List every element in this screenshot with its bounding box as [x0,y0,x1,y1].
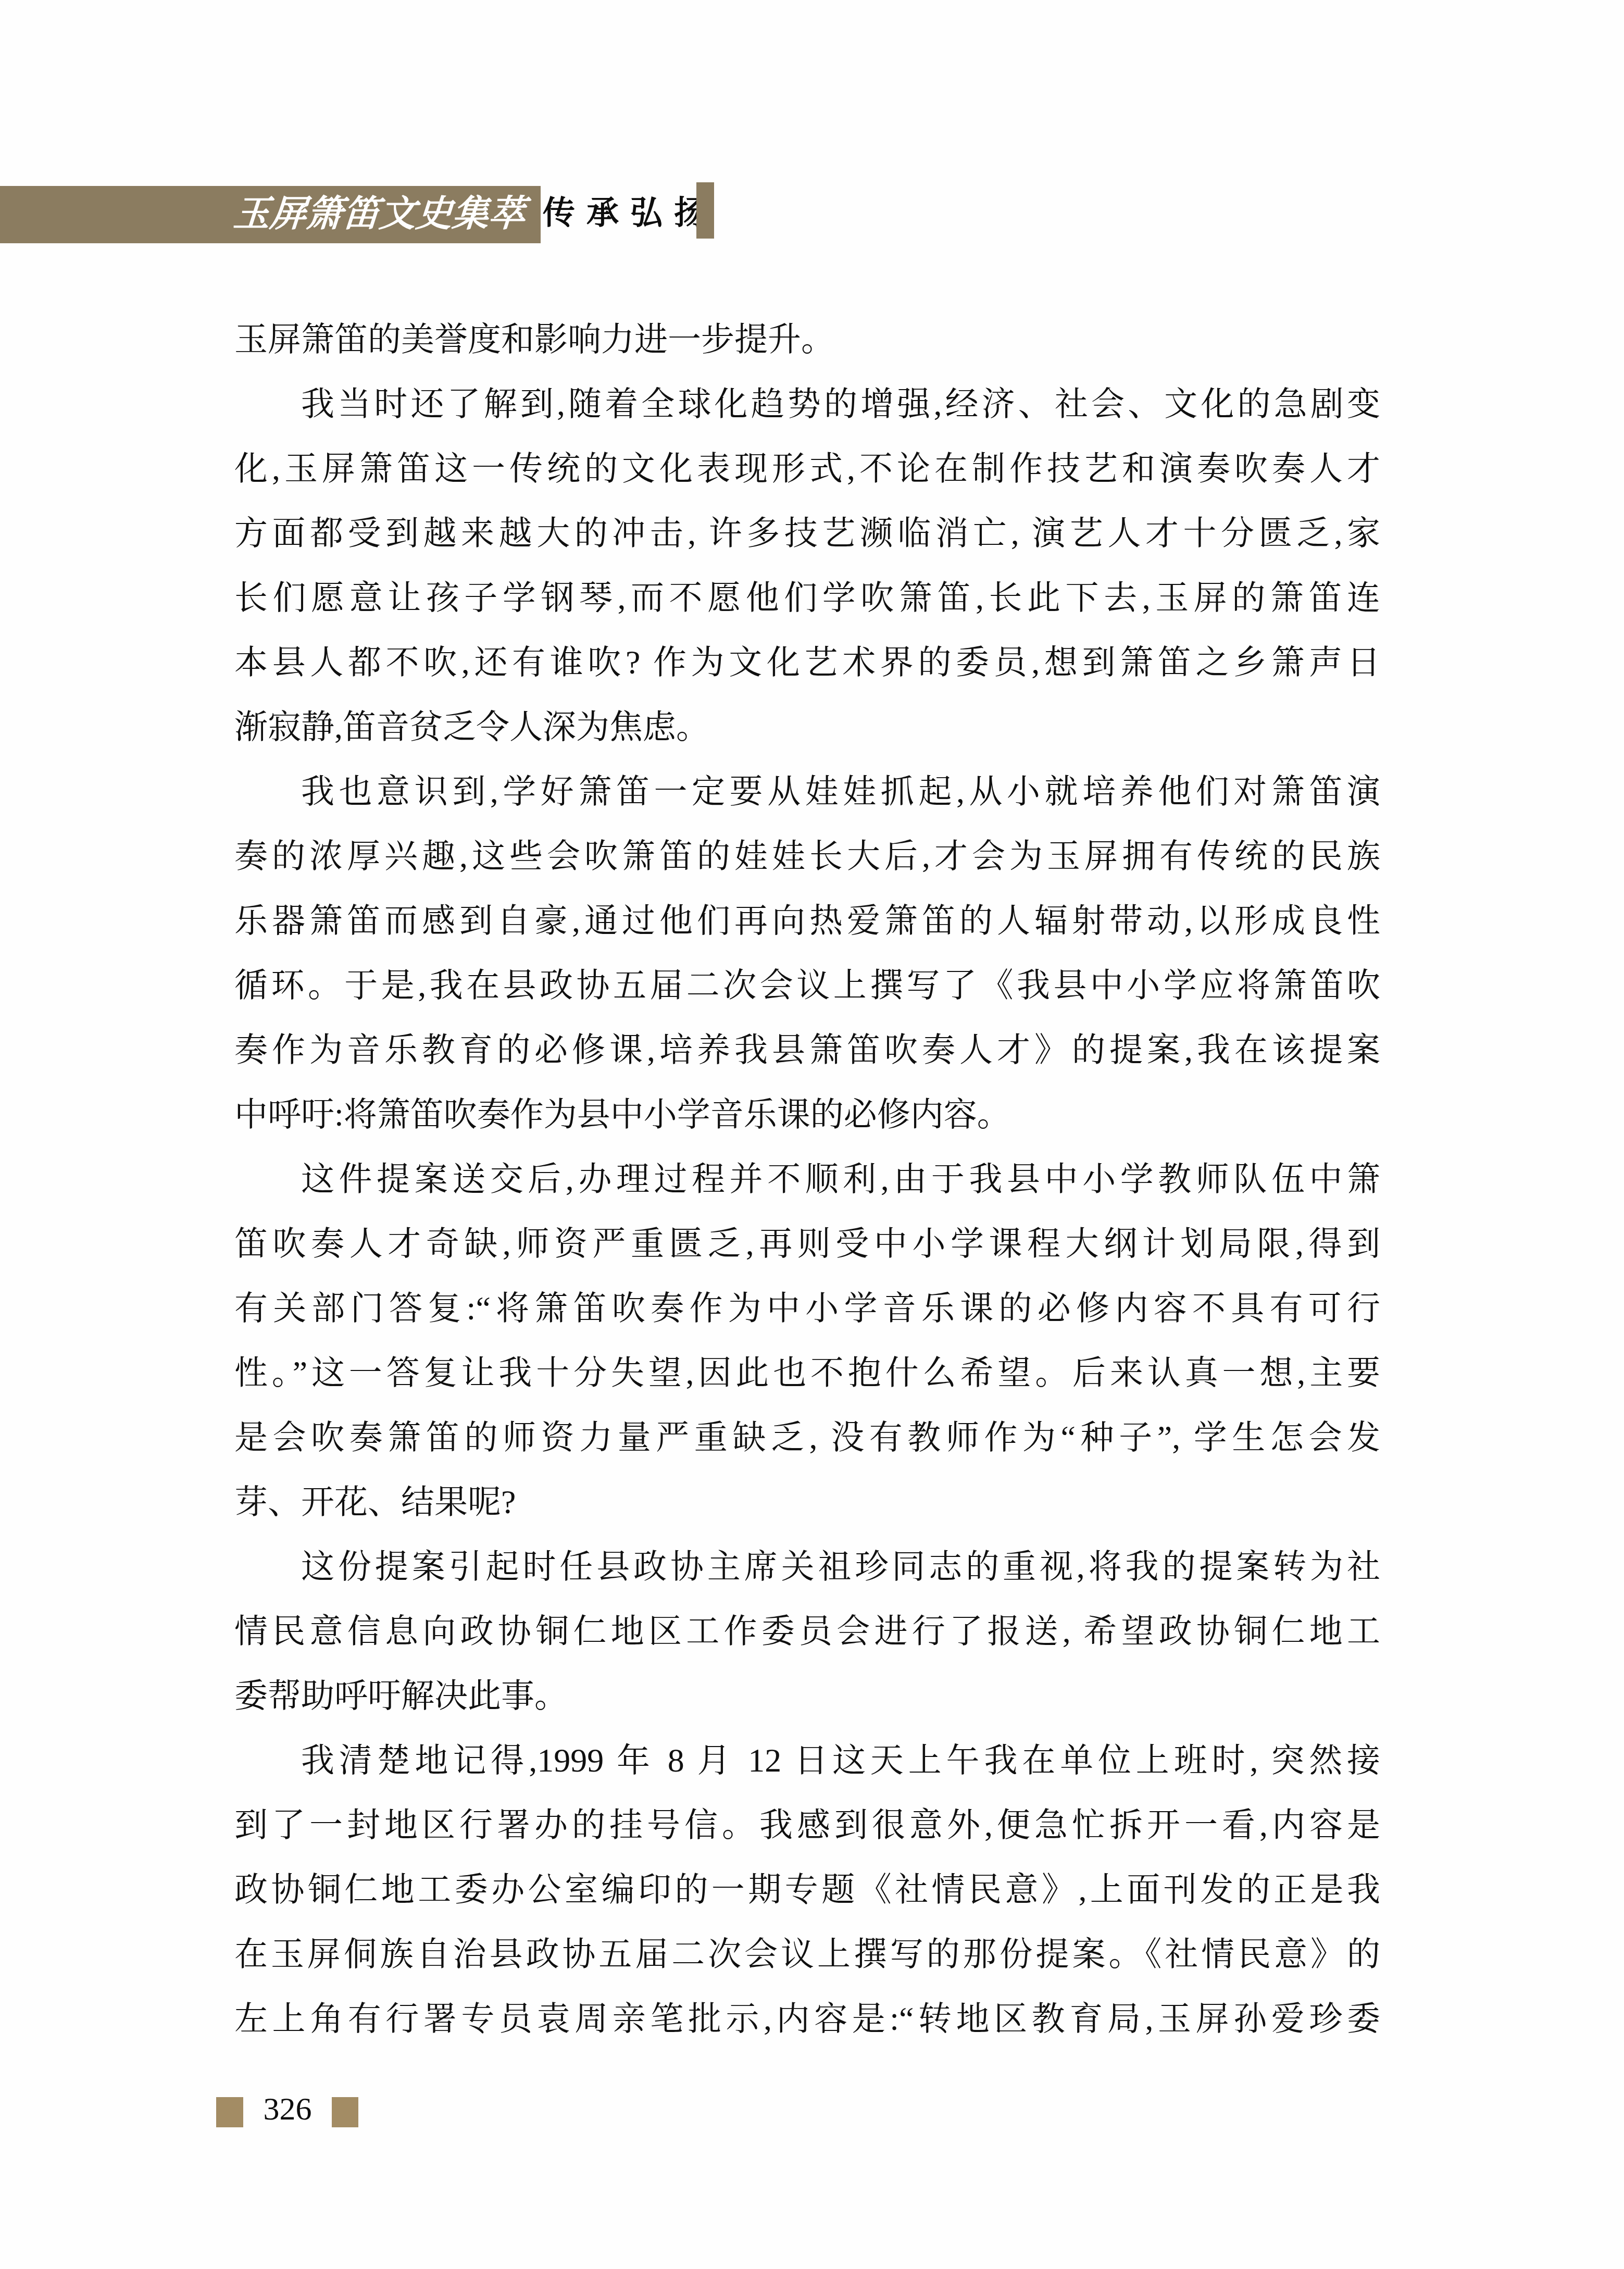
book-page: 玉屏箫笛文史集萃 传承弘扬 玉屏箫笛的美誉度和影响力进一步提升。我当时还了解到,… [0,0,1624,2269]
body-line: 乐器箫笛而感到自豪,通过他们再向热爱箫笛的人辐射带动,以形成良性 [234,889,1380,953]
header-band: 玉屏箫笛文史集萃 [0,186,541,243]
body-line: 政协铜仁地工委办公室编印的一期专题《社情民意》,上面刊发的正是我 [234,1857,1380,1922]
paragraph: 我当时还了解到,随着全球化趋势的增强,经济、社会、文化的急剧变化,玉屏箫笛这一传… [234,372,1380,759]
body-line: 这份提案引起时任县政协主席关祖珍同志的重视,将我的提案转为社 [234,1535,1380,1599]
body-line: 我当时还了解到,随着全球化趋势的增强,经济、社会、文化的急剧变 [234,372,1380,437]
body-line: 委帮助呼吁解决此事。 [234,1664,1380,1728]
body-line: 长们愿意让孩子学钢琴,而不愿他们学吹箫笛,长此下去,玉屏的箫笛连 [234,566,1380,630]
body-line: 本县人都不吹,还有谁吹? 作为文化艺术界的委员,想到箫笛之乡箫声日 [234,630,1380,695]
paragraph: 我清楚地记得,1999 年 8 月 12 日这天上午我在单位上班时, 突然接到了… [234,1728,1380,2051]
body-text: 玉屏箫笛的美誉度和影响力进一步提升。我当时还了解到,随着全球化趋势的增强,经济、… [234,307,1380,2051]
body-line: 化,玉屏箫笛这一传统的文化表现形式,不论在制作技艺和演奏吹奏人才 [234,437,1380,501]
paragraph: 这件提案送交后,办理过程并不顺利,由于我县中小学教师队伍中箫笛吹奏人才奇缺,师资… [234,1147,1380,1535]
body-line: 有关部门答复:“将箫笛吹奏作为中小学音乐课的必修内容不具有可行 [234,1276,1380,1341]
paragraph: 玉屏箫笛的美誉度和影响力进一步提升。 [234,307,1380,372]
body-line: 我也意识到,学好箫笛一定要从娃娃抓起,从小就培养他们对箫笛演 [234,759,1380,824]
body-line: 中呼吁:将箫笛吹奏作为县中小学音乐课的必修内容。 [234,1082,1380,1147]
footer-square-left [216,2097,243,2127]
body-line: 渐寂静,笛音贫乏令人深为焦虑。 [234,695,1380,759]
body-line: 情民意信息向政协铜仁地区工作委员会进行了报送, 希望政协铜仁地工 [234,1599,1380,1664]
footer-square-right [332,2097,358,2127]
header-section-title: 传承弘扬 [543,186,718,243]
header-accent-square [696,182,714,239]
body-line: 方面都受到越来越大的冲击, 许多技艺濒临消亡, 演艺人才十分匮乏,家 [234,501,1380,566]
body-line: 玉屏箫笛的美誉度和影响力进一步提升。 [234,307,1380,372]
body-line: 笛吹奏人才奇缺,师资严重匮乏,再则受中小学课程大纲计划局限,得到 [234,1212,1380,1276]
body-line: 在玉屏侗族自治县政协五届二次会议上撰写的那份提案。《社情民意》的 [234,1922,1380,1987]
body-line: 奏的浓厚兴趣,这些会吹箫笛的娃娃长大后,才会为玉屏拥有传统的民族 [234,824,1380,889]
body-line: 到了一封地区行署办的挂号信。我感到很意外,便急忙拆开一看,内容是 [234,1793,1380,1857]
body-line: 这件提案送交后,办理过程并不顺利,由于我县中小学教师队伍中箫 [234,1147,1380,1212]
body-line: 循环。于是,我在县政协五届二次会议上撰写了《我县中小学应将箫笛吹 [234,953,1380,1018]
body-line: 奏作为音乐教育的必修课,培养我县箫笛吹奏人才》的提案,我在该提案 [234,1018,1380,1082]
paragraph: 我也意识到,学好箫笛一定要从娃娃抓起,从小就培养他们对箫笛演奏的浓厚兴趣,这些会… [234,759,1380,1147]
body-line: 我清楚地记得,1999 年 8 月 12 日这天上午我在单位上班时, 突然接 [234,1728,1380,1793]
body-line: 是会吹奏箫笛的师资力量严重缺乏, 没有教师作为“种子”, 学生怎会发 [234,1405,1380,1470]
banner-calligraphy-title: 玉屏箫笛文史集萃 [231,186,527,243]
body-line: 左上角有行署专员袁周亲笔批示,内容是:“转地区教育局,玉屏孙爱珍委 [234,1987,1380,2051]
body-line: 性。”这一答复让我十分失望,因此也不抱什么希望。后来认真一想,主要 [234,1341,1380,1405]
paragraph: 这份提案引起时任县政协主席关祖珍同志的重视,将我的提案转为社情民意信息向政协铜仁… [234,1535,1380,1728]
page-number: 326 [243,2091,332,2127]
body-line: 芽、开花、结果呢? [234,1470,1380,1535]
